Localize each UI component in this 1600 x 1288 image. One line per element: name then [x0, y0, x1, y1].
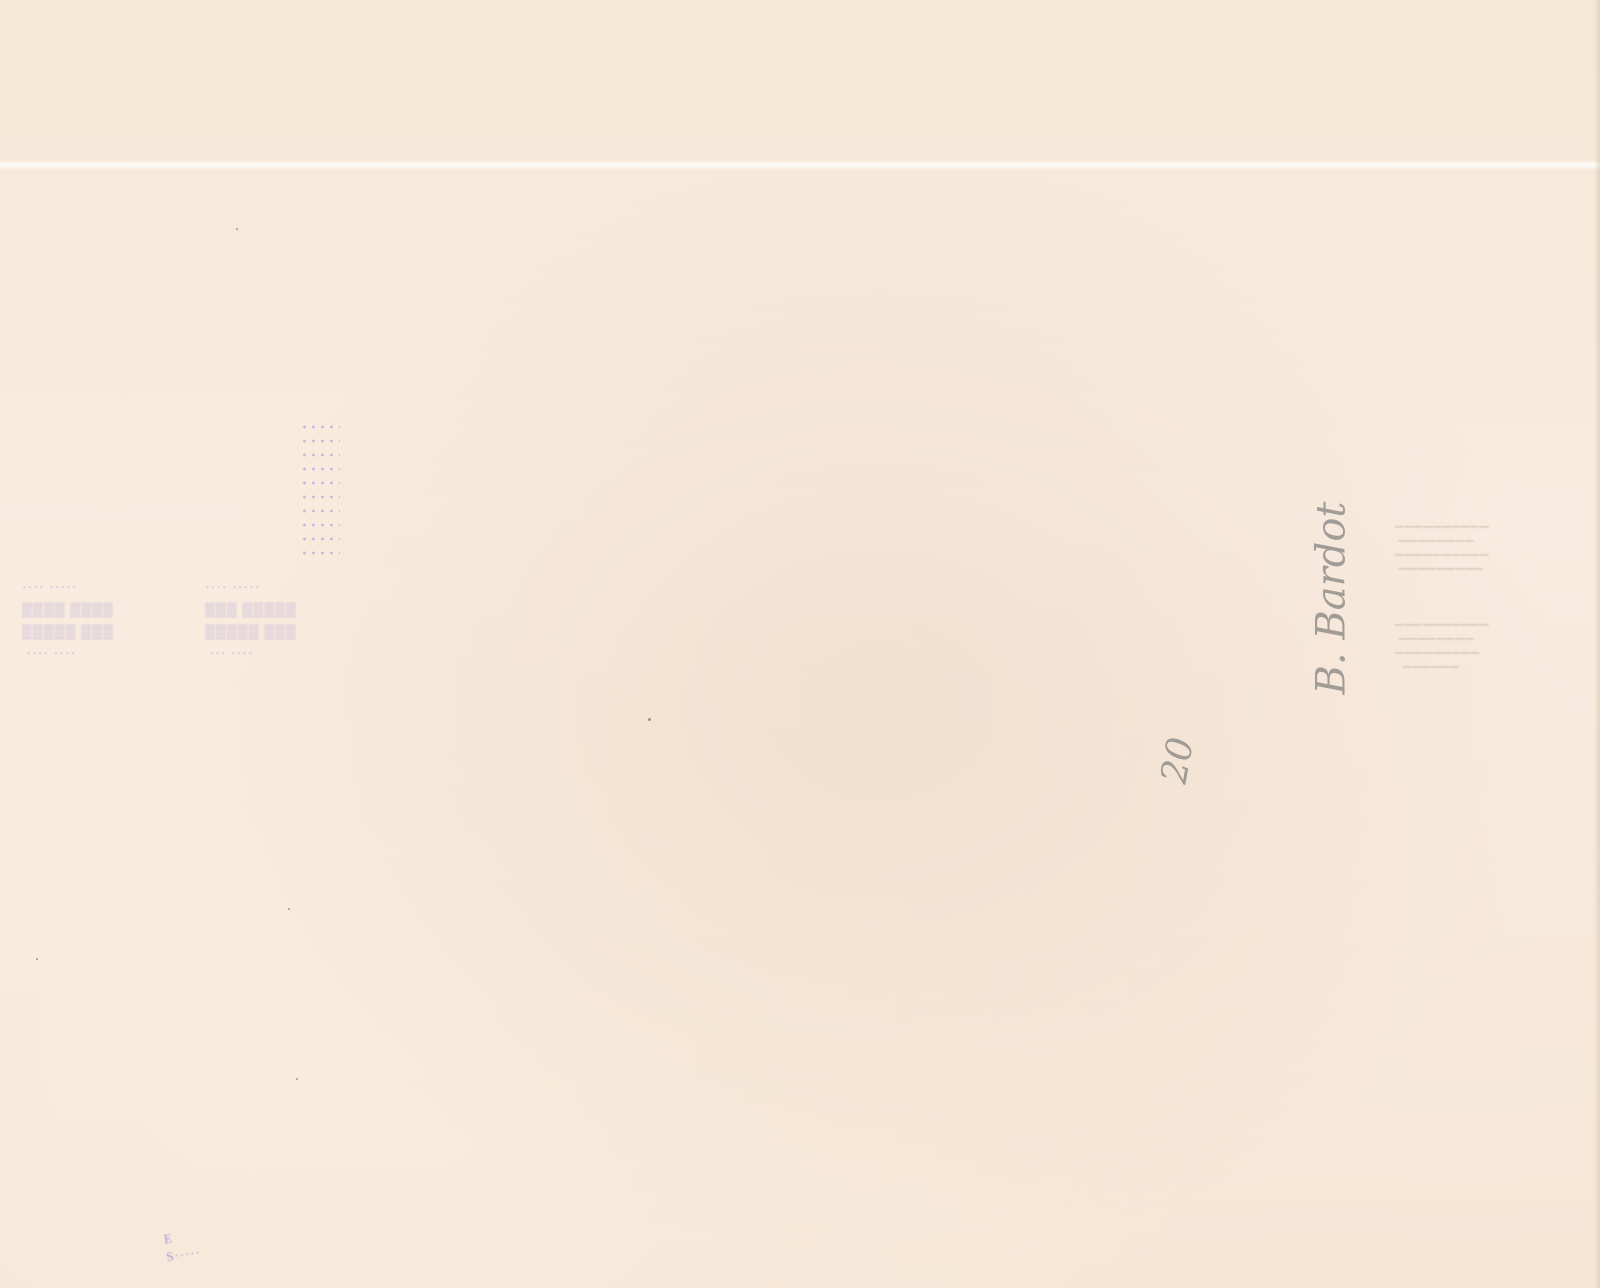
pencil-inscription-name: B. Bardot: [1308, 502, 1354, 695]
photo-back: ···· ····· ▒▒▒▒ ▒▒▒▒ ▒▒▒▒▒ ▒▒▒ ···· ····…: [0, 0, 1600, 1288]
bottom-stamp: E S·····: [163, 1226, 203, 1267]
speck: [296, 1078, 298, 1080]
paper-edge: [1594, 0, 1600, 1288]
faded-stamp-left: ···· ····· ▒▒▒▒ ▒▒▒▒ ▒▒▒▒▒ ▒▒▒ ···· ····: [22, 578, 114, 666]
speck: [36, 958, 38, 960]
speck: [288, 908, 290, 910]
speck: [648, 718, 651, 721]
horizontal-crease: [0, 160, 1600, 170]
pencil-inscription-number: 20: [1154, 734, 1202, 786]
speck: [236, 228, 238, 230]
show-through-print: ▁▁▁▁▁▁▁▁▁▁ ▁▁▁▁▁▁▁▁ ▁▁▁▁▁▁▁▁▁▁ ▁▁▁▁▁▁▁▁▁…: [1395, 515, 1545, 669]
faded-stamp-marks: [300, 420, 340, 560]
faded-stamp-right: ···· ····· ▒▒▒ ▒▒▒▒▒ ▒▒▒▒▒ ▒▒▒ ··· ····: [205, 578, 297, 666]
